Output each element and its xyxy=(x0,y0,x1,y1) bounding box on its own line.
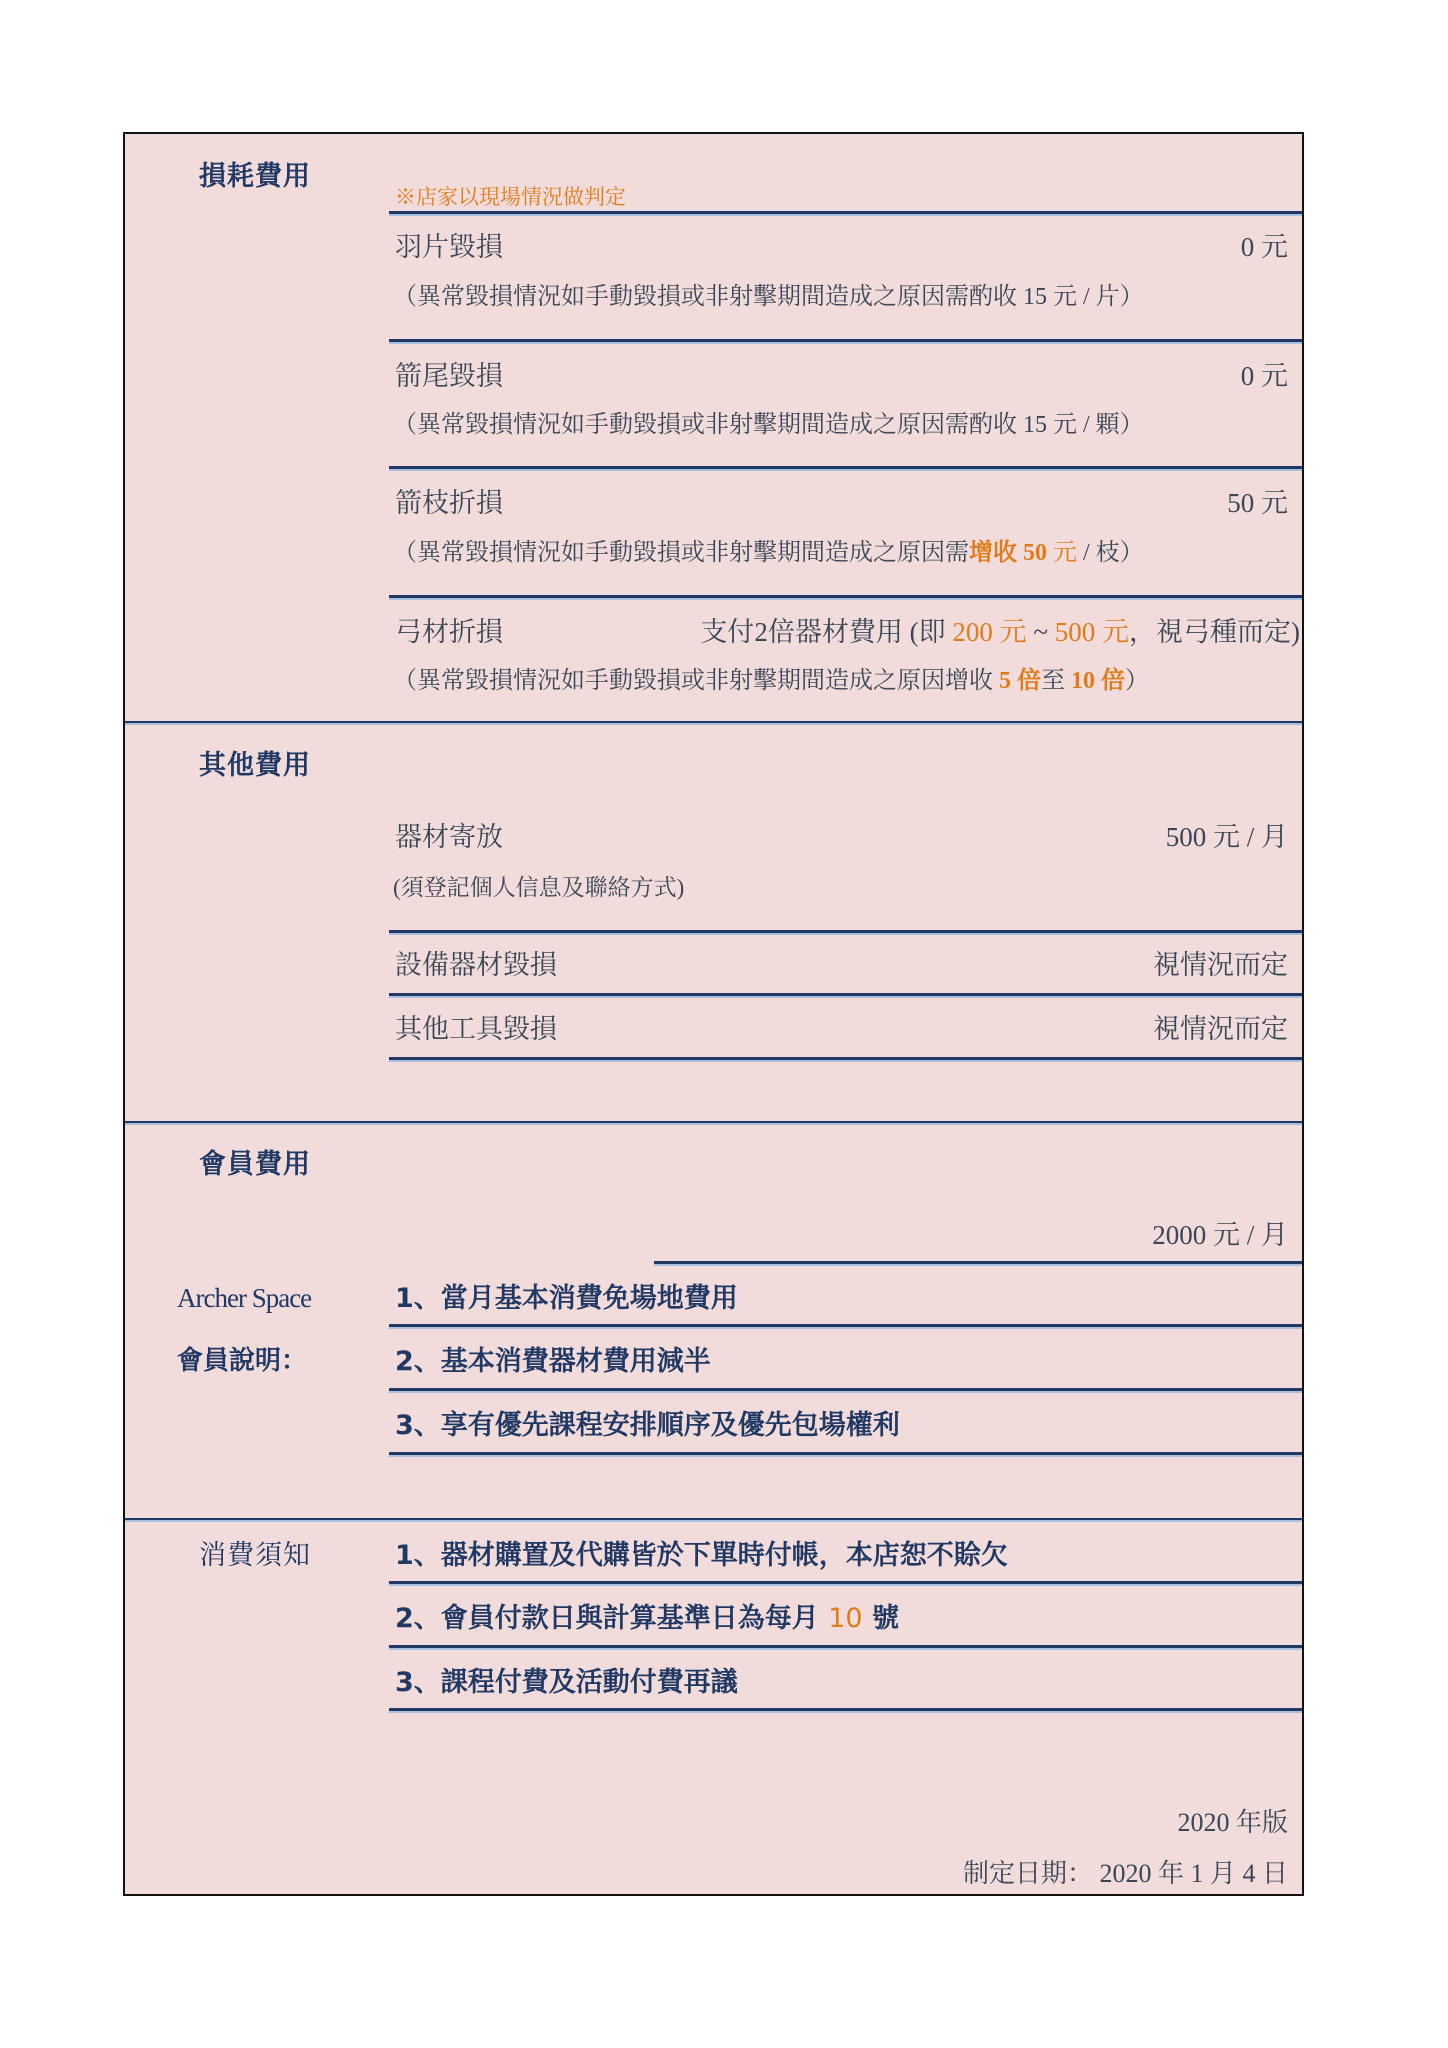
item-label-fletching: 羽片毀損 xyxy=(395,234,503,261)
membership-benefit-2: 2、基本消費器材費用減半 xyxy=(395,1348,711,1375)
membership-benefit-3: 3、享有優先課程安排順序及優先包場權利 xyxy=(395,1412,900,1439)
desc-text: / 枝） xyxy=(1077,540,1144,566)
version-label: 2020 年版 xyxy=(1177,1810,1288,1836)
rule xyxy=(389,595,1302,598)
desc-text: ） xyxy=(1125,668,1149,694)
section-divider xyxy=(125,1518,1302,1520)
price-text: ~ xyxy=(1027,617,1055,647)
desc-text: （異常毀損情況如手動毀損或非射擊期間造成之原因增收 xyxy=(393,668,999,694)
rule xyxy=(389,1645,1302,1648)
rule xyxy=(389,930,1302,933)
desc-text: （異常毀損情況如手動毀損或非射擊期間造成之原因需 xyxy=(393,540,969,566)
price-text: ，視弓種而定) xyxy=(1129,617,1300,647)
membership-benefit-1: 1、當月基本消費免場地費用 xyxy=(395,1285,738,1312)
item-price-storage: 500 元 / 月 xyxy=(1166,824,1288,851)
notice-item-2: 2、會員付款日與計算基準日為每月 10 號 xyxy=(395,1605,899,1632)
rule xyxy=(389,339,1302,342)
price-list-sheet: 損耗費用 ※店家以現場情況做判定 羽片毀損 0 元 （異常毀損情況如手動毀損或非… xyxy=(123,132,1304,1896)
price-text: 支付2倍器材費用 (即 xyxy=(700,617,952,647)
desc-text: 至 xyxy=(1041,668,1071,694)
notice-highlight: 10 xyxy=(828,1603,862,1634)
price-highlight: 200 元 xyxy=(952,617,1026,647)
rule xyxy=(389,211,1302,214)
item-label-equipment-damage: 設備器材毀損 xyxy=(395,952,557,979)
item-price-equipment-damage: 視情況而定 xyxy=(1153,952,1288,979)
section-title-other: 其他費用 xyxy=(199,752,311,779)
item-label-bow: 弓材折損 xyxy=(395,619,503,646)
item-desc-bow: （異常毀損情況如手動毀損或非射擊期間造成之原因增收 5 倍至 10 倍） xyxy=(393,669,1149,693)
rule xyxy=(389,993,1302,996)
item-label-storage: 器材寄放 xyxy=(395,824,503,851)
item-desc-storage: (須登記個人信息及聯絡方式) xyxy=(393,876,684,899)
section-divider xyxy=(125,1121,1302,1123)
item-price-nock: 0 元 xyxy=(1241,363,1288,390)
membership-price: 2000 元 / 月 xyxy=(1152,1222,1288,1249)
notice-text: 2、會員付款日與計算基準日為每月 xyxy=(395,1603,828,1634)
rule xyxy=(389,1388,1302,1391)
rule xyxy=(389,1452,1302,1455)
section-title-membership: 會員費用 xyxy=(199,1151,311,1178)
desc-highlight: 元 xyxy=(1047,540,1077,566)
notice-text: 號 xyxy=(863,1603,899,1634)
membership-side-label-desc: 會員說明： xyxy=(177,1348,307,1374)
rule xyxy=(389,1057,1302,1060)
section-title-wear: 損耗費用 xyxy=(199,163,311,190)
item-price-bow: 支付2倍器材費用 (即 200 元 ~ 500 元，視弓種而定) xyxy=(700,619,1300,646)
desc-highlight: 10 倍 xyxy=(1071,668,1125,694)
membership-side-label-brand: Archer Space xyxy=(177,1285,311,1312)
item-price-tool-damage: 視情況而定 xyxy=(1153,1016,1288,1043)
item-label-nock: 箭尾毀損 xyxy=(395,363,503,390)
item-desc-arrow-shaft: （異常毀損情況如手動毀損或非射擊期間造成之原因需增收 50 元 / 枝） xyxy=(393,541,1144,565)
judgement-note: ※店家以現場情況做判定 xyxy=(395,187,626,208)
item-desc-nock: （異常毀損情況如手動毀損或非射擊期間造成之原因需酌收 15 元 / 顆） xyxy=(393,413,1144,437)
section-divider xyxy=(125,721,1302,723)
item-label-arrow-shaft: 箭枝折損 xyxy=(395,490,503,517)
notice-item-3: 3、課程付費及活動付費再議 xyxy=(395,1669,738,1696)
rule xyxy=(389,1324,1302,1327)
rule xyxy=(389,1708,1302,1711)
section-title-notice: 消費須知 xyxy=(199,1542,311,1569)
established-date: 制定日期： 2020 年 1 月 4 日 xyxy=(963,1861,1288,1887)
item-price-arrow-shaft: 50 元 xyxy=(1227,490,1288,517)
desc-highlight: 增收 50 xyxy=(969,540,1047,566)
rule xyxy=(389,466,1302,469)
price-highlight: 500 元 xyxy=(1055,617,1129,647)
item-desc-fletching: （異常毀損情況如手動毀損或非射擊期間造成之原因需酌收 15 元 / 片） xyxy=(393,285,1144,309)
desc-highlight: 5 倍 xyxy=(999,668,1041,694)
rule xyxy=(654,1261,1302,1264)
item-label-tool-damage: 其他工具毀損 xyxy=(395,1016,557,1043)
notice-item-1: 1、器材購置及代購皆於下單時付帳，本店恕不賒欠 xyxy=(395,1542,1008,1569)
rule xyxy=(389,1581,1302,1584)
item-price-fletching: 0 元 xyxy=(1241,234,1288,261)
